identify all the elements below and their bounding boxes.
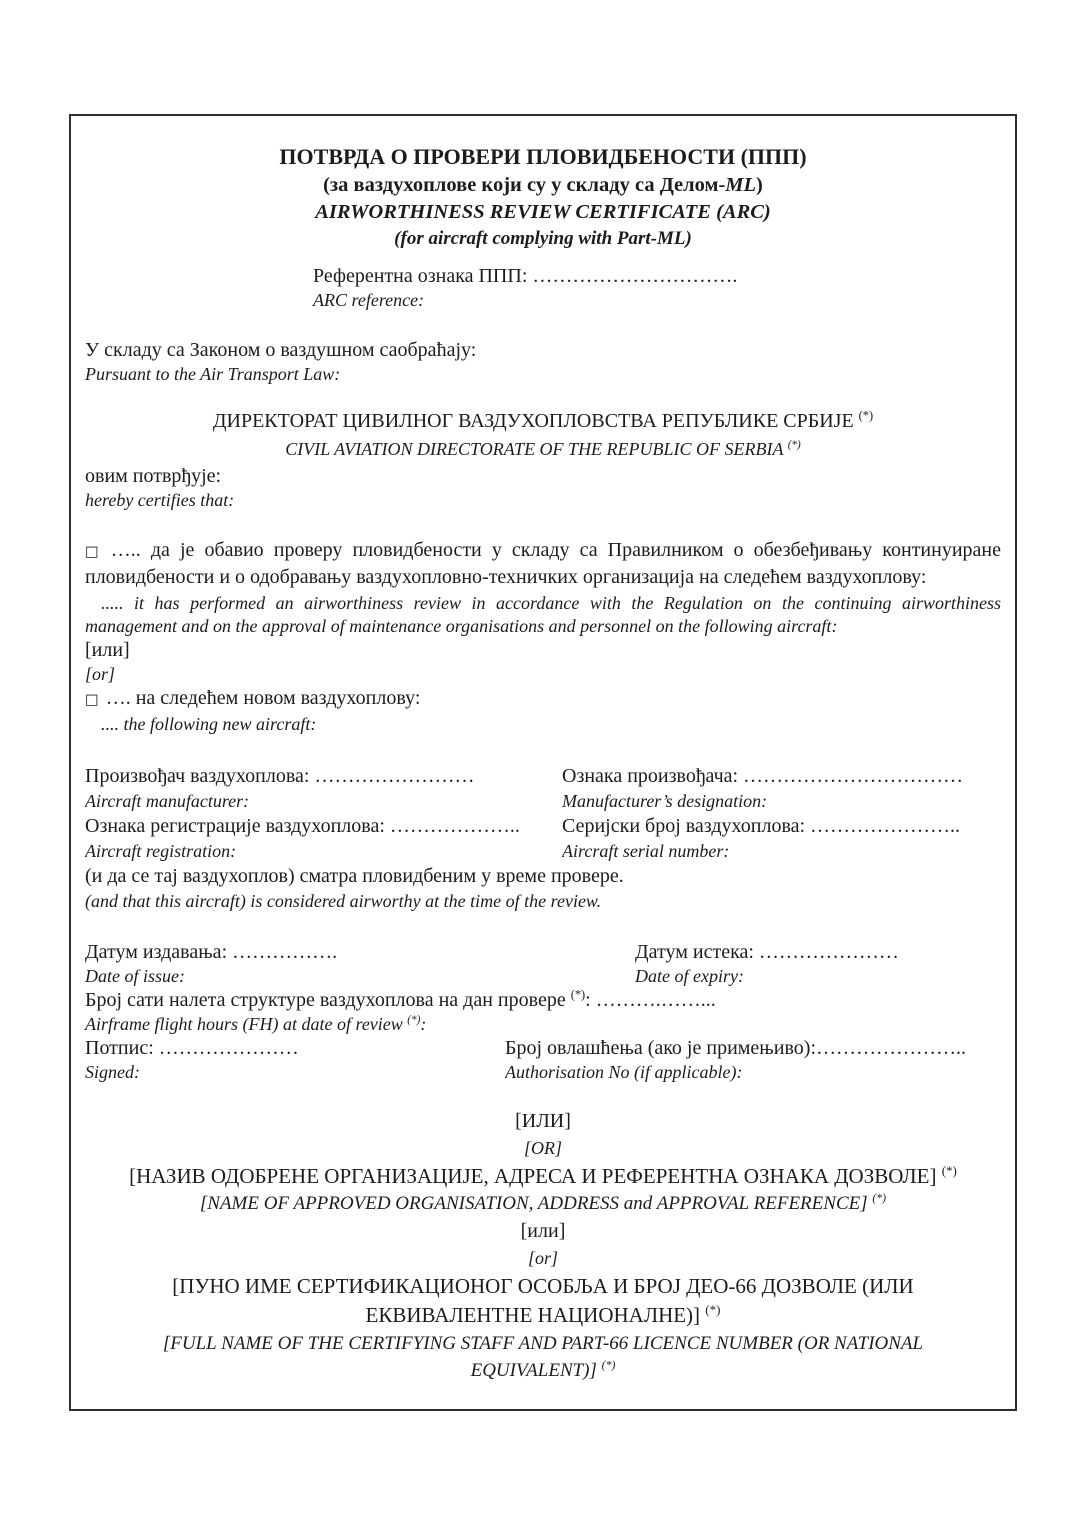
field-date-of-issue-en: Date of issue:	[85, 964, 635, 988]
field-aircraft-manufacturer-sr: Произвођач ваздухоплова: ……………………	[85, 764, 562, 789]
directorate-en: CIVIL AVIATION DIRECTORATE OF THE REPUBL…	[85, 436, 1001, 462]
checkbox-new-aircraft-icon[interactable]: □	[85, 692, 99, 708]
title-english: AIRWORTHINESS REVIEW CERTIFICATE (ARC)	[85, 199, 1001, 226]
airworthy-note-sr: (и да се тај ваздухоплов) сматра пловидб…	[85, 864, 1001, 889]
title-serbian: ПОТВРДА О ПРОВЕРИ ПЛОВИДБЕНОСТИ (ППП)	[85, 142, 1001, 172]
field-manufacturers-designation-en: Manufacturer’s designation:	[562, 789, 1001, 814]
footnote-marker: (*)	[872, 1192, 886, 1205]
footnote-marker: (*)	[571, 987, 585, 1001]
footnote-marker: (*)	[788, 439, 801, 451]
footnote-marker: (*)	[942, 1163, 957, 1178]
field-date-of-expiry-en: Date of expiry:	[635, 964, 1001, 988]
certifies-en: hereby certifies that:	[85, 488, 1001, 512]
pursuant-en: Pursuant to the Air Transport Law:	[85, 362, 1001, 386]
field-signed-sr: Потпис: …………………	[85, 1036, 505, 1060]
field-date-of-expiry-sr: Датум истека: …………………	[635, 940, 1001, 964]
arc-reference-block: Референтна ознака ППП: …………………………. ARC r…	[313, 264, 1001, 312]
approved-organisation-en: [NAME OF APPROVED ORGANISATION, ADDRESS …	[85, 1190, 1001, 1218]
review-fields-block: Датум издавања: ……………. Датум истека: …………	[85, 940, 1001, 1084]
or-separator-en: [or]	[85, 662, 1001, 686]
checkbox-airworthiness-review-icon[interactable]: □	[85, 544, 104, 560]
footer-or-upper-sr: [ИЛИ]	[85, 1108, 1001, 1135]
arc-reference-label-en: ARC reference:	[313, 288, 1001, 312]
option-new-aircraft-en: .... the following new aircraft:	[85, 712, 1001, 736]
footer-or-upper-en: [OR]	[85, 1135, 1001, 1162]
approved-organisation-sr: [НАЗИВ ОДОБРЕНЕ ОРГАНИЗАЦИЈЕ, АДРЕСА И Р…	[85, 1162, 1001, 1190]
footnote-marker: (*)	[859, 408, 873, 422]
field-airframe-hours-sr: Број сати налета структуре ваздухоплова …	[85, 988, 1001, 1012]
certifies-sr: овим потврђује:	[85, 464, 1001, 488]
field-aircraft-manufacturer-en: Aircraft manufacturer:	[85, 789, 562, 814]
review-options-block: □….. да је обавио проверу пловидбености …	[85, 538, 1001, 736]
certifies-block: овим потврђује: hereby certifies that:	[85, 464, 1001, 512]
field-aircraft-serial-number-en: Aircraft serial number:	[562, 839, 1001, 864]
certificate-sheet: ПОТВРДА О ПРОВЕРИ ПЛОВИДБЕНОСТИ (ППП) (з…	[69, 114, 1017, 1411]
pursuant-sr: У складу са Законом о ваздушном саобраћа…	[85, 338, 1001, 362]
field-airframe-hours-en: Airframe flight hours (FH) at date of re…	[85, 1012, 1001, 1036]
option-new-aircraft-sr: □…. на следећем новом ваздухоплову:	[85, 686, 1001, 712]
or-separator-sr: [или]	[85, 638, 1001, 662]
field-date-of-issue-sr: Датум издавања: …………….	[85, 940, 635, 964]
field-aircraft-registration-en: Aircraft registration:	[85, 839, 562, 864]
directorate-block: ДИРЕКТОРАТ ЦИВИЛНОГ ВАЗДУХОПЛОВСТВА РЕПУ…	[85, 406, 1001, 462]
certifying-staff-sr: [ПУНО ИМЕ СЕРТИФИКАЦИОНОГ ОСОБЉА И БРОЈ …	[85, 1272, 1001, 1330]
subtitle-english: (for aircraft complying with Part-ML)	[85, 226, 1001, 252]
directorate-sr: ДИРЕКТОРАТ ЦИВИЛНОГ ВАЗДУХОПЛОВСТВА РЕПУ…	[85, 406, 1001, 436]
footer-or-lower-en: [or]	[85, 1245, 1001, 1272]
field-authorisation-no-en: Authorisation No (if applicable):	[505, 1060, 1001, 1084]
title-block: ПОТВРДА О ПРОВЕРИ ПЛОВИДБЕНОСТИ (ППП) (з…	[85, 142, 1001, 252]
field-signed-en: Signed:	[85, 1060, 505, 1084]
subtitle-serbian: (за ваздухоплове који су у складу са Дел…	[85, 172, 1001, 199]
footer-or-lower-sr: [или]	[85, 1218, 1001, 1245]
footnote-marker: (*)	[407, 1014, 420, 1026]
field-manufacturers-designation-sr: Ознака произвођача: ……………………………	[562, 764, 1001, 789]
field-aircraft-registration-sr: Ознака регистрације ваздухоплова: …………………	[85, 814, 562, 839]
signatory-alternatives-block: [ИЛИ] [OR] [НАЗИВ ОДОБРЕНЕ ОРГАНИЗАЦИЈЕ,…	[85, 1108, 1001, 1384]
option-review-sr: □….. да је обавио проверу пловидбености …	[85, 538, 1001, 590]
footnote-marker: (*)	[602, 1359, 616, 1372]
airworthy-note-en: (and that this aircraft) is considered a…	[85, 889, 1001, 914]
footnote-marker: (*)	[705, 1302, 720, 1317]
pursuant-block: У складу са Законом о ваздушном саобраћа…	[85, 338, 1001, 386]
certifying-staff-en: [FULL NAME OF THE CERTIFYING STAFF AND P…	[85, 1330, 1001, 1384]
aircraft-fields-block: Произвођач ваздухоплова: …………………… Ознака…	[85, 764, 1001, 914]
field-authorisation-no-sr: Број овлашћења (ако је примењиво):…………………	[505, 1036, 1001, 1060]
field-aircraft-serial-number-sr: Серијски број ваздухоплова: …………………..	[562, 814, 1001, 839]
arc-reference-label-sr: Референтна ознака ППП: ………………………….	[313, 264, 1001, 288]
option-review-en: ..... it has performed an airworthiness …	[85, 592, 1001, 638]
